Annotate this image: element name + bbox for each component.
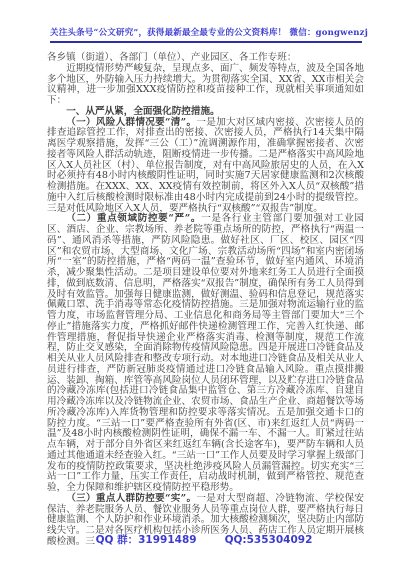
subsection-1-text: 一是加大对区域内密接、次密接人员的排查追踪管控工作，对排查出的密接、次密接人员，… [47, 117, 364, 214]
subsection-1-heading: （一）风险人群情况要“清”。 [66, 117, 196, 128]
subsection-3-heading: （三）重点人群防控要“实”。 [66, 493, 196, 504]
subsection-1-paragraph: （一）风险人群情况要“清”。一是加大对区域内密接、次密接人员的排查追踪管控工作，… [47, 118, 364, 215]
subsection-2-text: 一是各行业主管部门要加强对工业园区、酒店、企业、宗教场所、养老院等重点场所的防控… [47, 213, 364, 493]
header-promo-banner: 关注头条号“公文研究”，获得最新最全最专业的公文资料库！ 微信：gongwenz… [50, 26, 362, 43]
qq-group-number: QQ 群：31991489 [96, 534, 197, 546]
qq-number: QQ:535304092 [225, 534, 313, 546]
document-body: 各乡镇（街道）、各部门（单位）、产业园区、各工作专班： 近期疫情形势严峻复杂，呈… [47, 53, 364, 548]
document-page: 关注头条号“公文研究”，获得最新最全最专业的公文资料库！ 微信：gongwenz… [0, 0, 408, 580]
footer-contact-bar: QQ 群：31991489QQ:535304092 [0, 532, 408, 547]
intro-paragraph: 近期疫情形势严峻复杂，呈现点多、面广、频发等特点，波及全国各地多个地区，外防输入… [47, 64, 364, 107]
subsection-2-heading: （二）重点领域防控要“严”。 [66, 213, 201, 224]
subsection-2-paragraph: （二）重点领域防控要“严”。一是各行业主管部门要加强对工业园区、酒店、企业、宗教… [47, 214, 364, 494]
